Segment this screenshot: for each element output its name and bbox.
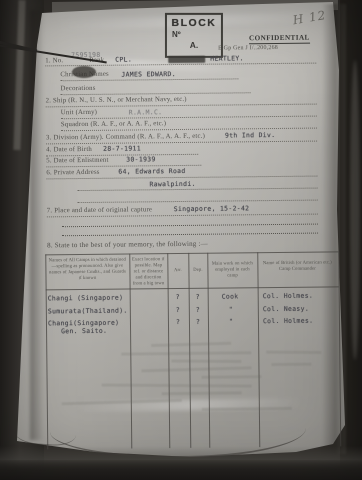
- row2-arr: ?: [176, 306, 180, 314]
- stamp-letter-text: A.: [167, 40, 221, 50]
- table-vline: [45, 254, 48, 449]
- q5-enlistment-value: 30-1939: [126, 155, 155, 163]
- row3-arr: ?: [176, 318, 180, 326]
- stamp-block-text: BLOCK: [167, 17, 221, 29]
- row1-camp: Changi (Singapore): [48, 294, 124, 303]
- stamp-no-text: Nº: [172, 30, 221, 39]
- dotted-line: [78, 187, 318, 192]
- bleed-through-mark: [62, 399, 182, 405]
- reference-number: E Gp Gen J I/..200,268: [218, 45, 278, 52]
- table-vline: [338, 251, 341, 446]
- q1-no-label: 1. No.: [45, 57, 63, 64]
- bleed-through-mark: [141, 366, 251, 372]
- q7-capture-value: Singapore, 15-2-42: [174, 204, 250, 213]
- q1-surname-value: HEATLEY.: [210, 54, 244, 62]
- q8-memory-label: 8. State to the best of your memory, the…: [47, 240, 208, 250]
- q6-address-value-2: Rawalpindi.: [149, 180, 195, 188]
- surname-smudge: [168, 56, 205, 63]
- row2-camp: Sumurata(Thailand).: [48, 307, 128, 316]
- bleed-through-mark: [266, 351, 321, 354]
- bleed-through-mark: [271, 363, 311, 366]
- table-header-dep: Dep.: [189, 268, 206, 274]
- scanned-pow-questionnaire-photo: BLOCK Nº A. H 12 CONFIDENTIAL E Gp Gen J…: [0, 0, 362, 480]
- row2-work: ": [229, 305, 233, 313]
- table-header-work: Main work on which employed in each camp: [210, 261, 254, 280]
- bleed-through-mark: [202, 407, 292, 411]
- q4-birth-value: 28-7-1911: [103, 144, 141, 152]
- unit-value: R.A.M.C.: [129, 108, 163, 116]
- row1-work: Cook: [222, 292, 239, 300]
- row3-work: ": [229, 317, 233, 325]
- confidential-marking: CONFIDENTIAL: [249, 34, 310, 44]
- table-header-commander: Name of British (or American etc.) Camp …: [260, 260, 334, 273]
- q6-address-label: 6. Private Address: [46, 169, 99, 177]
- bleed-through-mark: [102, 384, 252, 388]
- decorations-label: Decorations: [60, 85, 95, 92]
- row1-arr: ?: [176, 293, 180, 301]
- q7-capture-label: 7. Place and date of original capture: [47, 206, 152, 214]
- desk-surface: [0, 460, 362, 480]
- row2-dep: ?: [196, 306, 200, 314]
- table-top-rule: [45, 251, 338, 255]
- dotted-line: [62, 232, 318, 237]
- dotted-line: [78, 199, 318, 204]
- q4-birth-label: 4. Date of Birth: [46, 146, 92, 153]
- ink-blot: [72, 66, 96, 78]
- table-header-camps: Names of All Camps in which detained—spe…: [47, 258, 127, 283]
- pencil-annotation: H 12: [292, 8, 327, 27]
- table-header-location: Exact location if possible. Map ref. or …: [131, 257, 165, 288]
- q2-ship-label: 2. Ship (R. N., U. S. N., or Merchant Na…: [46, 96, 187, 104]
- dotted-line: [62, 223, 318, 228]
- row1-commander: Col. Holmes.: [263, 292, 313, 301]
- q5-enlistment-label: 5. Date of Enlistment: [46, 157, 108, 165]
- bleed-through-mark: [171, 359, 241, 362]
- row1-dep: ?: [196, 293, 200, 301]
- bleed-through-mark: [121, 351, 251, 355]
- dotted-line: [46, 153, 198, 157]
- form-content: BLOCK Nº A. H 12 CONFIDENTIAL E Gp Gen J…: [0, 0, 362, 480]
- row3-commander: Col. Holmes.: [263, 317, 313, 326]
- bleed-through-mark: [151, 342, 231, 347]
- row3-camp-line2: Gen. Saito.: [61, 327, 107, 335]
- block-number-stamp: BLOCK Nº A.: [165, 13, 223, 58]
- table-header-arr: Arr.: [168, 268, 187, 274]
- dotted-line: [61, 115, 317, 120]
- q3-division-value: 9th Ind Div.: [225, 131, 275, 140]
- q6-address-value-1: 64, Edwards Road: [118, 167, 185, 176]
- row3-dep: ?: [196, 318, 200, 326]
- squadron-label: Squadron (R. A. F., or A. A. F., etc.): [61, 120, 166, 128]
- bleed-through-mark: [202, 375, 262, 379]
- bleed-through-mark: [162, 391, 242, 395]
- christian-names-value: JAMES EDWARD.: [121, 70, 176, 79]
- unit-label: Unit (Army): [61, 109, 97, 116]
- table-header-rule: [46, 286, 339, 290]
- row2-commander: Col. Neasy.: [263, 305, 309, 313]
- q1-rank-value: CPL.: [115, 55, 132, 63]
